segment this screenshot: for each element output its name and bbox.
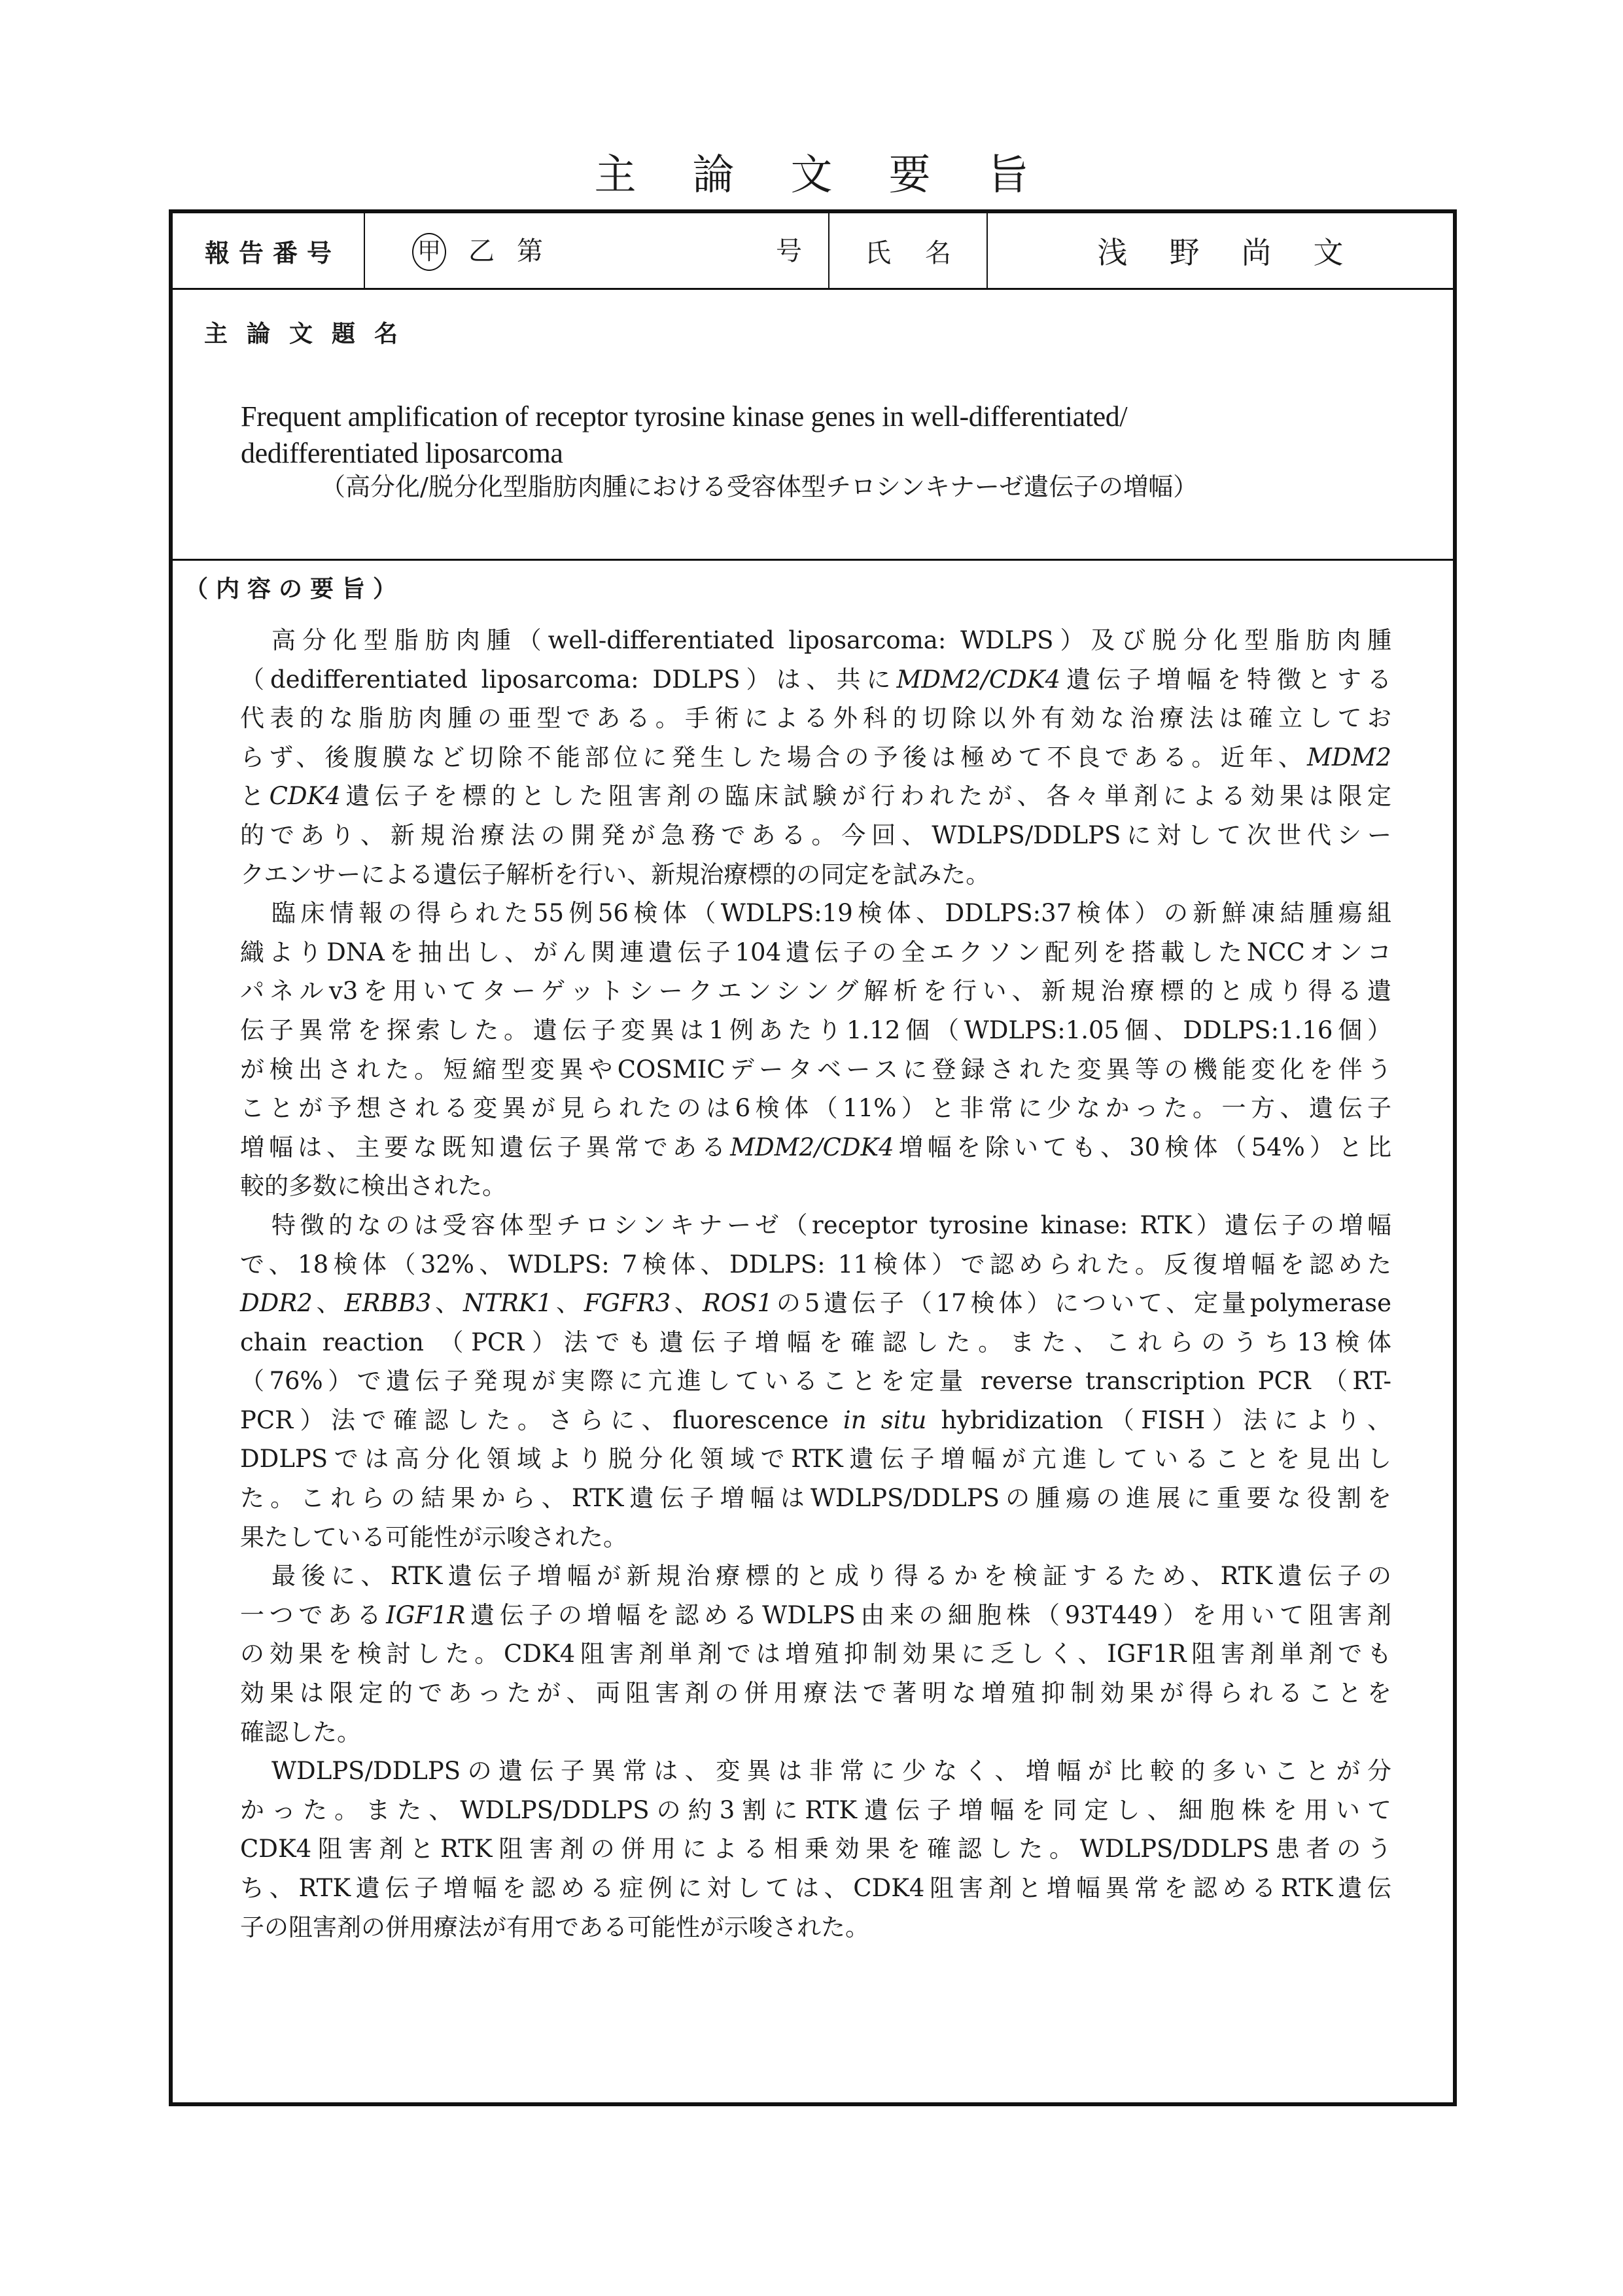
thesis-title-label: 主論文題名 [204,319,417,350]
abstract-line: 最後に、RTK遺伝子増幅が新規治療標的と成り得るかを検証するため、RTK遺伝子の [240,1557,1391,1596]
abstract-line: た。これらの結果から、RTK遺伝子増幅はWDLPS/DDLPSの腫瘍の進展に重要… [240,1479,1391,1518]
abstract-line: クエンサーによる遺伝子解析を行い、新規治療標的の同定を試みた。 [240,855,1391,894]
page-title: 主論文要旨 [0,149,1623,202]
abstract-line: chain reaction （PCR）法でも遺伝子増幅を確認した。また、これら… [240,1323,1391,1362]
abstract-line: （dedifferentiated liposarcoma: DDLPS）は、共… [240,660,1391,699]
abstract-line: 較的多数に検出された。 [240,1167,1391,1206]
abstract-line: （76%）で遺伝子発現が実際に亢進していることを定量 reverse trans… [240,1362,1391,1401]
report-type-kou-circled: 甲 [412,233,446,271]
abstract-line: 一つであるIGF1R遺伝子の増幅を認めるWDLPS由来の細胞株（93T449）を… [240,1596,1391,1635]
name-label: 氏名 [829,213,988,288]
abstract-line: らず、後腹膜など切除不能部位に発生した場合の予後は極めて不良である。近年、MDM… [240,738,1391,777]
report-number-prefix: 第 [517,236,543,267]
abstract-line: が検出された。短縮型変異やCOSMICデータベースに登録された変異等の機能変化を… [240,1050,1391,1089]
abstract-label: （内容の要旨） [184,574,404,605]
abstract-line: 織よりDNAを抽出し、がん関連遺伝子104遺伝子の全エクソン配列を搭載したNCC… [240,933,1391,972]
abstract-line: 果たしている可能性が示唆された。 [240,1518,1391,1557]
abstract-line: 特徴的なのは受容体型チロシンキナーゼ（receptor tyrosine kin… [240,1206,1391,1245]
abstract-line: パネルv3を用いてターゲットシークエンシング解析を行い、新規治療標的と成り得る遺 [240,972,1391,1011]
report-type-kou-label: 甲 [417,240,441,264]
abstract-line: 高分化型脂肪肉腫（well-differentiated liposarcoma… [240,621,1391,660]
abstract-line: で、18検体（32%、WDLPS: 7検体、DDLPS: 11検体）で認められた… [240,1245,1391,1284]
abstract-line: とCDK4遺伝子を標的とした阻害剤の臨床試験が行われたが、各々単剤による効果は限… [240,777,1391,816]
abstract-line: 増幅は、主要な既知遺伝子異常であるMDM2/CDK4増幅を除いても、30検体（5… [240,1128,1391,1167]
abstract-line: かった。また、WDLPS/DDLPSの約3割にRTK遺伝子増幅を同定し、細胞株を… [240,1791,1391,1830]
abstract-line: CDK4阻害剤とRTK阻害剤の併用による相乗効果を確認した。WDLPS/DDLP… [240,1829,1391,1869]
report-type-otsu-label: 乙 [468,236,495,267]
abstract-section: （内容の要旨） 高分化型脂肪肉腫（well-differentiated lip… [173,561,1453,2102]
thesis-title-english-line-2: dedifferentiated liposarcoma [241,435,1418,472]
abstract-line: の効果を検討した。CDK4阻害剤単剤では増殖抑制効果に乏しく、IGF1R阻害剤単… [240,1634,1391,1674]
report-number-cell: 甲 乙 第 号 [365,213,829,288]
abstract-body: 高分化型脂肪肉腫（well-differentiated liposarcoma… [240,621,1391,1947]
abstract-line: DDR2、ERBB3、NTRK1、FGFR3、ROS1の5遺伝子（17検体）につ… [240,1284,1391,1323]
thesis-title-section: 主論文題名 Frequent amplification of receptor… [173,290,1453,561]
header-row: 報告番号 甲 乙 第 号 氏名 浅野尚文 [173,213,1453,290]
abstract-line: 代表的な脂肪肉腫の亜型である。手術による外科的切除以外有効な治療法は確立してお [240,699,1391,738]
abstract-line: PCR）法で確認した。さらに、fluorescence in situ hybr… [240,1401,1391,1440]
abstract-line: WDLPS/DDLPSの遺伝子異常は、変異は非常に少なく、増幅が比較的多いことが… [240,1752,1391,1791]
abstract-line: 確認した。 [240,1713,1391,1752]
thesis-title-japanese: （高分化/脱分化型脂肪肉腫における受容体型チロシンキナーゼ遺伝子の増幅） [321,470,1198,503]
abstract-line: ち、RTK遺伝子増幅を認める症例に対しては、CDK4阻害剤と増幅異常を認めるRT… [240,1869,1391,1908]
abstract-line: 伝子異常を探索した。遺伝子変異は1例あたり1.12個（WDLPS:1.05個、D… [240,1011,1391,1050]
abstract-line: DDLPSでは高分化領域より脱分化領域でRTK遺伝子増幅が亢進していることを見出… [240,1439,1391,1479]
abstract-line: 子の阻害剤の併用療法が有用である可能性が示唆された。 [240,1908,1391,1947]
report-number-label: 報告番号 [173,213,365,288]
abstract-line: 効果は限定的であったが、両阻害剤の併用療法で著明な増殖抑制効果が得られることを [240,1674,1391,1713]
abstract-line: ことが予想される変異が見られたのは6検体（11%）と非常に少なかった。一方、遺伝… [240,1089,1391,1128]
author-name: 浅野尚文 [988,213,1453,288]
thesis-title-english-line-1: Frequent amplification of receptor tyros… [241,398,1418,435]
abstract-form-frame: 報告番号 甲 乙 第 号 氏名 浅野尚文 主論文題名 Frequent ampl… [169,209,1457,2106]
thesis-title-english: Frequent amplification of receptor tyros… [241,398,1418,472]
report-number-suffix: 号 [776,236,802,267]
abstract-line: 的であり、新規治療法の開発が急務である。今回、WDLPS/DDLPSに対して次世… [240,816,1391,855]
abstract-line: 臨床情報の得られた55例56検体（WDLPS:19検体、DDLPS:37検体）の… [240,894,1391,933]
